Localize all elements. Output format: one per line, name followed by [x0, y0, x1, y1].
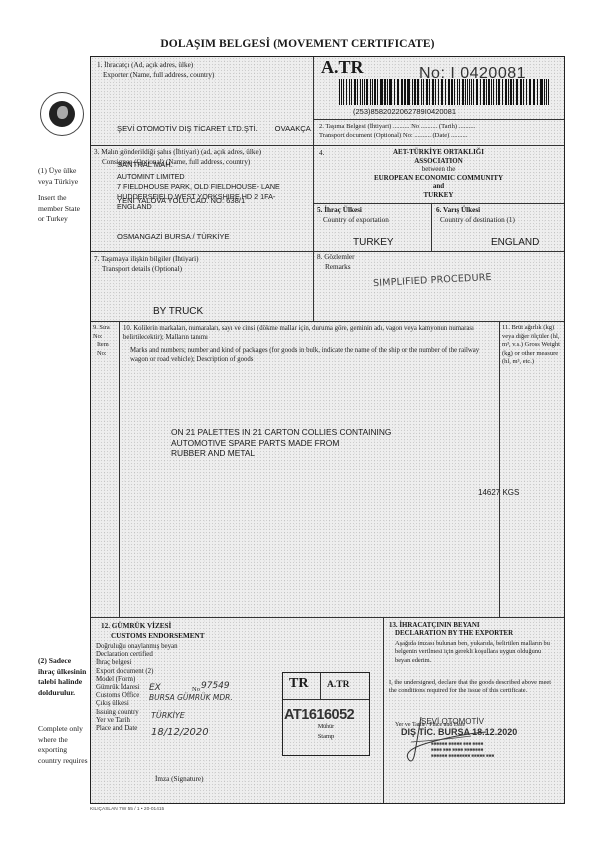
export-form: EX — [149, 683, 161, 693]
box12-title-tr: 12. GÜMRÜK VİZESİ — [101, 622, 205, 632]
box12-row: İhraç belgesi — [96, 659, 178, 667]
box2-label-en: Transport document (Optional) No: ......… — [319, 132, 475, 141]
box12-title-en: CUSTOMS ENDORSEMENT — [101, 632, 205, 642]
goods-description: ON 21 PALETTES IN 21 CARTON COLLIES CONT… — [171, 427, 391, 459]
box2-label-tr: 2. Taşıma Belgesi (İhtiyari) .......... … — [319, 123, 475, 132]
stamp-code: AT1616052 — [284, 707, 354, 723]
box10-label: 10. Kolilerin markaları, numaraları, say… — [123, 324, 495, 364]
consignee-line: HUDDERSFIELD WEST YORKSHIRE HD 2 1FA- — [117, 192, 280, 202]
declaration-tr: Aşağıda imzası bulunan ben, yukarıda, be… — [395, 640, 557, 665]
transport-details: BY TRUCK — [153, 306, 203, 317]
box9-label-en: Item No: — [93, 341, 119, 358]
customs-office: BURSA GÜMRÜK MDR. — [149, 693, 233, 702]
exporter-line: ŞEVİ OTOMOTİV DIŞ TİCARET LTD.ŞTİ. OVAAK… — [117, 123, 311, 135]
box12-title: 12. GÜMRÜK VİZESİ CUSTOMS ENDORSEMENT — [101, 622, 205, 641]
box7-label-en: Transport details (Optional) — [94, 265, 199, 275]
box12-row: Doğruluğu onaylanmış beyan — [96, 643, 178, 651]
box6-label-en: Country of destination (1) — [436, 216, 515, 226]
box12-row: Declaration certified — [96, 651, 178, 659]
box1-label-en: Exporter (Name, full address, country) — [97, 71, 214, 81]
gross-weight: 14627 KGS — [478, 487, 519, 499]
box13-title: 13. İHRACATÇININ BEYANI DECLARATION BY T… — [389, 622, 513, 639]
document-title: DOLAŞIM BELGESİ (MOVEMENT CERTIFICATE) — [0, 38, 595, 50]
box13-title-en: DECLARATION BY THE EXPORTER — [389, 630, 513, 638]
association-line: between the — [313, 165, 564, 174]
side-note-1-en: Insert the member State or Turkey — [38, 193, 88, 225]
description-line: RUBBER AND METAL — [171, 448, 391, 459]
box8-label-tr: 8. Gözlemler — [317, 253, 355, 263]
box8-label-en: Remarks — [317, 263, 355, 273]
chamber-seal-icon — [40, 92, 84, 136]
box7-label: 7. Taşımaya ilişkin bilgiler (İhtiyari) … — [94, 255, 199, 274]
export-no: 97549 — [201, 681, 230, 691]
movement-certificate-form: 1. İhracatçı (Ad, açık adres, ülke) Expo… — [90, 56, 565, 804]
description-line: AUTOMOTIVE SPARE PARTS MADE FROM — [171, 438, 391, 449]
association-line: and — [313, 182, 564, 191]
box6-label: 6. Varış Ülkesi Country of destination (… — [436, 206, 515, 225]
exporter-line: OSMANGAZİ BURSA / TÜRKİYE — [117, 231, 311, 243]
box12-row: Gümrük İdaresi — [96, 684, 178, 692]
consignee-line: ENGLAND — [117, 202, 280, 212]
box3-label-en: Consignee (Optional) (Name, full address… — [94, 158, 261, 168]
box8-label: 8. Gözlemler Remarks — [317, 253, 355, 272]
issuing-country: TÜRKİYE — [151, 711, 185, 720]
place-date: 18/12/2020 — [151, 727, 209, 738]
box1-label: 1. İhracatçı (Ad, açık adres, ülke) Expo… — [97, 61, 214, 80]
country-of-destination: ENGLAND — [491, 237, 539, 248]
box2-label: 2. Taşıma Belgesi (İhtiyari) .......... … — [319, 123, 475, 140]
box5-label-tr: 5. İhraç Ülkesi — [317, 206, 389, 216]
remarks-stamp: SIMPLIFIED PROCEDURE — [373, 272, 492, 289]
stamp-atr: A.TR — [327, 680, 349, 690]
side-note-2-en: Complete only where the exporting countr… — [38, 724, 88, 766]
box9-label-tr: 9. Sıra No: — [93, 324, 119, 341]
association-text: AET-TÜRKİYE ORTAKLIĞI ASSOCIATION betwee… — [313, 148, 564, 200]
side-note-2-tr: (2) Sadece ihraç ülkesinin talebi halind… — [38, 656, 88, 698]
box12-row: Model (Form) — [96, 676, 178, 684]
box1-label-tr: 1. İhracatçı (Ad, açık adres, ülke) — [97, 61, 214, 71]
box13-title-tr: 13. İHRACATÇININ BEYANI — [389, 622, 513, 630]
stamp-tr: TR — [289, 676, 308, 692]
consignee-line: 7 FIELDHOUSE PARK, OLD FIELDHOUSE- LANE — [117, 182, 280, 192]
stamp-caption-en: Stamp — [283, 733, 369, 740]
side-note-1: (1) Üye ülke veya Türkiye Insert the mem… — [38, 166, 88, 225]
box3-label-tr: 3. Malın gönderildiği şahıs (İhtiyari) (… — [94, 148, 261, 158]
consignee-line: AUTOMINT LIMITED — [117, 172, 280, 182]
box6-label-tr: 6. Varış Ülkesi — [436, 206, 515, 216]
association-line: EUROPEAN ECONOMIC COMMUNITY — [313, 174, 564, 183]
box9-label: 9. Sıra No: Item No: — [93, 324, 119, 358]
signature-label: İmza (Signature) — [155, 775, 204, 785]
stamp-caption-tr: Mühür — [283, 724, 369, 730]
association-line: ASSOCIATION — [313, 157, 564, 166]
customs-stamp: TR A.TR AT1616052 Mühür Stamp — [282, 672, 370, 756]
barcode — [339, 79, 551, 105]
declaration-en: I, the undersigned, declare that the goo… — [389, 679, 557, 696]
box5-label: 5. İhraç Ülkesi Country of exportation — [317, 206, 389, 225]
export-no-label: No — [192, 686, 200, 693]
association-line: TURKEY — [313, 191, 564, 200]
printer-info: KILIÇASLAN 7W 55 / 1 • 20-01415 — [90, 807, 164, 812]
country-of-exportation: TURKEY — [353, 237, 394, 248]
box11-label: 11. Brüt ağırlık (kg) veya diğer ölçüler… — [502, 324, 562, 367]
consignee-address: AUTOMINT LIMITED 7 FIELDHOUSE PARK, OLD … — [117, 172, 280, 212]
side-note-1-tr: (1) Üye ülke veya Türkiye — [38, 166, 88, 187]
form-type: A.TR — [321, 57, 364, 78]
box7-label-tr: 7. Taşımaya ilişkin bilgiler (İhtiyari) — [94, 255, 199, 265]
box5-label-en: Country of exportation — [317, 216, 389, 226]
box10-label-en: Marks and numbers; number and kind of pa… — [123, 346, 495, 364]
box12-row: Export document (2) — [96, 668, 178, 676]
association-line: AET-TÜRKİYE ORTAKLIĞI — [313, 148, 564, 157]
company-stamp-details: ■■■■■■ ■■■■■ ■■■ ■■■■ ■■■■ ■■■ ■■■■ ■■■■… — [431, 741, 494, 759]
barcode-text: (253)8582022062789I0420081 — [353, 107, 456, 116]
box3-label: 3. Malın gönderildiği şahıs (İhtiyari) (… — [94, 148, 261, 167]
box10-label-tr: 10. Kolilerin markaları, numaraları, say… — [123, 324, 495, 342]
description-line: ON 21 PALETTES IN 21 CARTON COLLIES CONT… — [171, 427, 391, 438]
